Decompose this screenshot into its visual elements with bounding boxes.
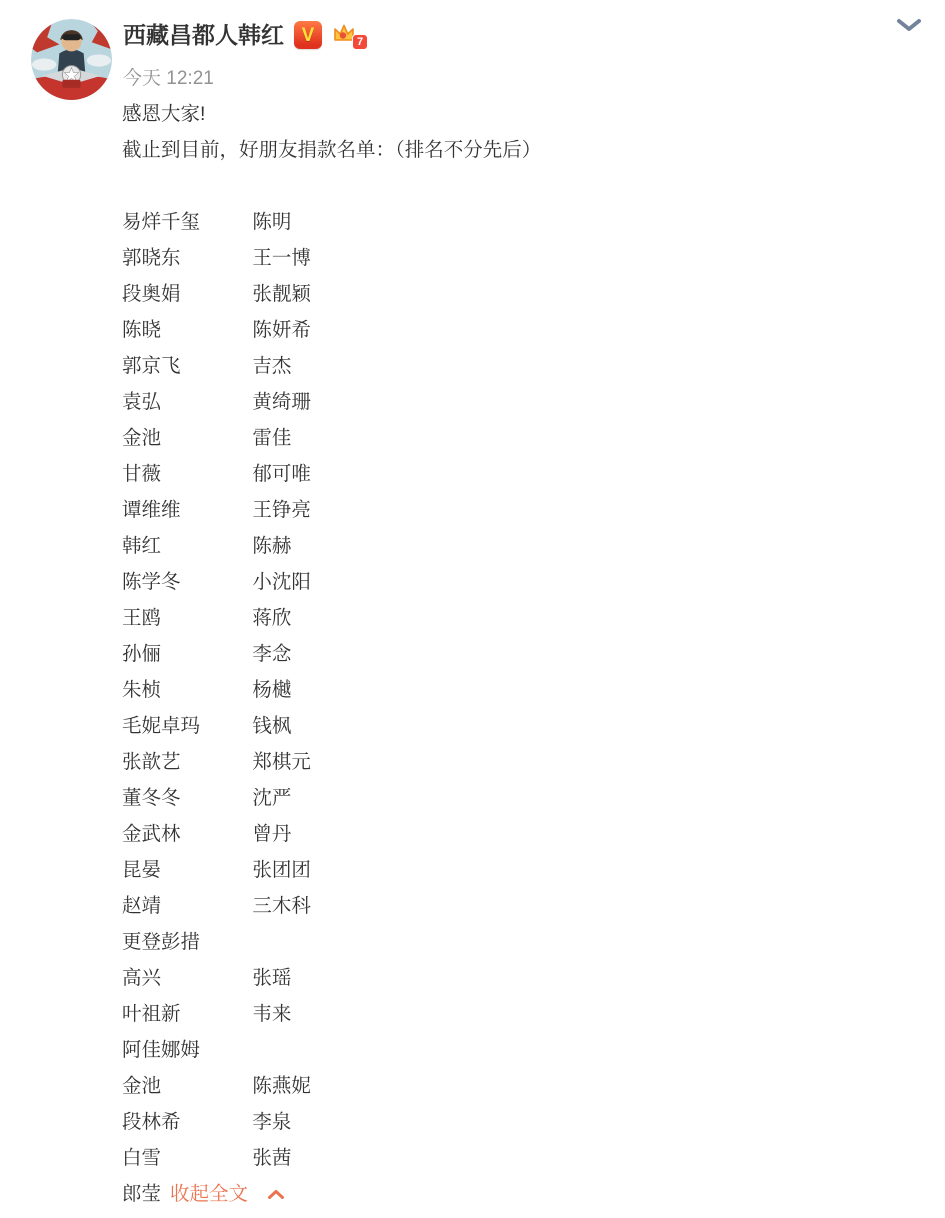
- donor-name-left: 易烊千玺: [122, 204, 247, 240]
- donor-name-left: 叶祖新: [122, 996, 247, 1032]
- blank-line: [122, 168, 822, 204]
- donor-name-right: 张团团: [252, 859, 311, 881]
- donor-name-left: 赵靖: [122, 888, 247, 924]
- donor-row: 王鸥 蒋欣: [122, 600, 822, 636]
- donor-row: 毛妮卓玛 钱枫: [122, 708, 822, 744]
- donor-name-left: 更登彭措: [122, 924, 247, 960]
- donor-row: 昆晏 张团团: [122, 852, 822, 888]
- donor-row: 孙俪 李念: [122, 636, 822, 672]
- donor-name-right: 张靓颖: [252, 283, 311, 305]
- donor-row: 谭维维 王铮亮: [122, 492, 822, 528]
- donor-row: 朱桢 杨樾: [122, 672, 822, 708]
- donor-name-right: 沈严: [252, 787, 291, 809]
- weibo-post: 西藏昌都人韩红 V 7 今天 12:21 感恩大家! 截止到目前，好朋友捐款名单…: [0, 0, 945, 1218]
- donor-name-right: 雷佳: [252, 427, 291, 449]
- donor-name-right: 郑棋元: [252, 751, 311, 773]
- donor-name-left: 金武林: [122, 816, 247, 852]
- donor-row: 金池 陈燕妮: [122, 1068, 822, 1104]
- donor-row: 陈学冬 小沈阳: [122, 564, 822, 600]
- collapse-full-text-link[interactable]: 收起全文: [170, 1176, 248, 1212]
- content-line-1: 感恩大家!: [122, 96, 822, 132]
- donor-name-right: 三木科: [252, 895, 311, 917]
- verified-letter: V: [302, 26, 315, 45]
- post-timestamp[interactable]: 今天 12:21: [123, 63, 214, 90]
- donor-name-right: 杨樾: [252, 679, 291, 701]
- donor-row: 更登彭措: [122, 924, 822, 960]
- donor-name-left: 郭京飞: [122, 348, 247, 384]
- donor-name-right: 曾丹: [252, 823, 291, 845]
- donor-name-left: 甘薇: [122, 456, 247, 492]
- donor-name-right: 陈妍希: [252, 319, 311, 341]
- vip-level-badge: 7: [352, 34, 368, 50]
- chevron-up-icon[interactable]: [267, 1189, 285, 1200]
- donor-row-last: 郎莹 收起全文: [122, 1176, 822, 1212]
- donor-name-right: 张茜: [252, 1147, 291, 1169]
- donor-name-right: 小沈阳: [252, 571, 311, 593]
- donor-name-left: 郭晓东: [122, 240, 247, 276]
- donor-row: 阿佳娜姆: [122, 1032, 822, 1068]
- donor-name-left: 毛妮卓玛: [122, 708, 247, 744]
- donor-row: 袁弘 黄绮珊: [122, 384, 822, 420]
- post-content: 感恩大家! 截止到目前，好朋友捐款名单：（排名不分先后） 易烊千玺 陈明 郭晓东…: [122, 96, 822, 1212]
- donor-name-left: 袁弘: [122, 384, 247, 420]
- donor-name-right: 李念: [252, 643, 291, 665]
- vip-crown-icon: 7: [332, 20, 368, 50]
- donor-row: 金池 雷佳: [122, 420, 822, 456]
- donor-name-right: 吉杰: [252, 355, 291, 377]
- content-line-2: 截止到目前，好朋友捐款名单：（排名不分先后）: [122, 132, 822, 168]
- author-row: 西藏昌都人韩红 V 7: [123, 20, 368, 50]
- donor-name-left: 朱桢: [122, 672, 247, 708]
- author-name[interactable]: 西藏昌都人韩红: [123, 20, 284, 50]
- donor-row: 高兴 张瑶: [122, 960, 822, 996]
- donor-row: 白雪 张茜: [122, 1140, 822, 1176]
- donor-name-right: 张瑶: [252, 967, 291, 989]
- donor-name-right: 王铮亮: [252, 499, 311, 521]
- donor-name-left: 陈晓: [122, 312, 247, 348]
- donor-row: 段林希 李泉: [122, 1104, 822, 1140]
- donor-row: 段奥娟 张靓颖: [122, 276, 822, 312]
- donor-name-left: 董冬冬: [122, 780, 247, 816]
- donor-name-left: 金池: [122, 420, 247, 456]
- donor-row: 郭京飞 吉杰: [122, 348, 822, 384]
- donor-name-right: 韦来: [252, 1003, 291, 1025]
- donor-row: 陈晓 陈妍希: [122, 312, 822, 348]
- donor-name-left: 张歆艺: [122, 744, 247, 780]
- donor-name-left: 陈学冬: [122, 564, 247, 600]
- donor-name-left: 段林希: [122, 1104, 247, 1140]
- donor-row: 叶祖新 韦来: [122, 996, 822, 1032]
- donor-row: 赵靖 三木科: [122, 888, 822, 924]
- donor-row: 张歆艺 郑棋元: [122, 744, 822, 780]
- donor-name-left: 白雪: [122, 1140, 247, 1176]
- donor-name-right: 李泉: [252, 1111, 291, 1133]
- donor-name-right: 陈赫: [252, 535, 291, 557]
- donor-name-right: 蒋欣: [252, 607, 291, 629]
- chevron-down-icon: [896, 18, 922, 32]
- donor-name-right: 黄绮珊: [252, 391, 311, 413]
- donor-name-left: 王鸥: [122, 600, 247, 636]
- donor-row: 董冬冬 沈严: [122, 780, 822, 816]
- avatar[interactable]: [31, 19, 112, 100]
- donor-name-left: 段奥娟: [122, 276, 247, 312]
- donor-name-left: 郎莹: [122, 1176, 161, 1212]
- verified-badge-icon: V: [294, 21, 322, 49]
- donor-name-left: 金池: [122, 1068, 247, 1104]
- collapse-post-button[interactable]: [889, 10, 929, 40]
- donor-list: 易烊千玺 陈明 郭晓东 王一博 段奥娟 张靓颖 陈晓 陈妍希 郭京飞 吉杰 袁弘…: [122, 204, 822, 1176]
- donor-name-left: 阿佳娜姆: [122, 1032, 247, 1068]
- donor-row: 韩红 陈赫: [122, 528, 822, 564]
- donor-name-right: 郁可唯: [252, 463, 311, 485]
- donor-row: 易烊千玺 陈明: [122, 204, 822, 240]
- donor-row: 甘薇 郁可唯: [122, 456, 822, 492]
- pilot-avatar-illustration: [31, 19, 112, 100]
- donor-name-left: 韩红: [122, 528, 247, 564]
- donor-name-left: 谭维维: [122, 492, 247, 528]
- donor-row: 金武林 曾丹: [122, 816, 822, 852]
- donor-name-right: 陈燕妮: [252, 1075, 311, 1097]
- donor-name-right: 陈明: [252, 211, 291, 233]
- donor-name-left: 高兴: [122, 960, 247, 996]
- donor-name-left: 昆晏: [122, 852, 247, 888]
- donor-row: 郭晓东 王一博: [122, 240, 822, 276]
- donor-name-right: 王一博: [252, 247, 311, 269]
- donor-name-right: 钱枫: [252, 715, 291, 737]
- donor-name-left: 孙俪: [122, 636, 247, 672]
